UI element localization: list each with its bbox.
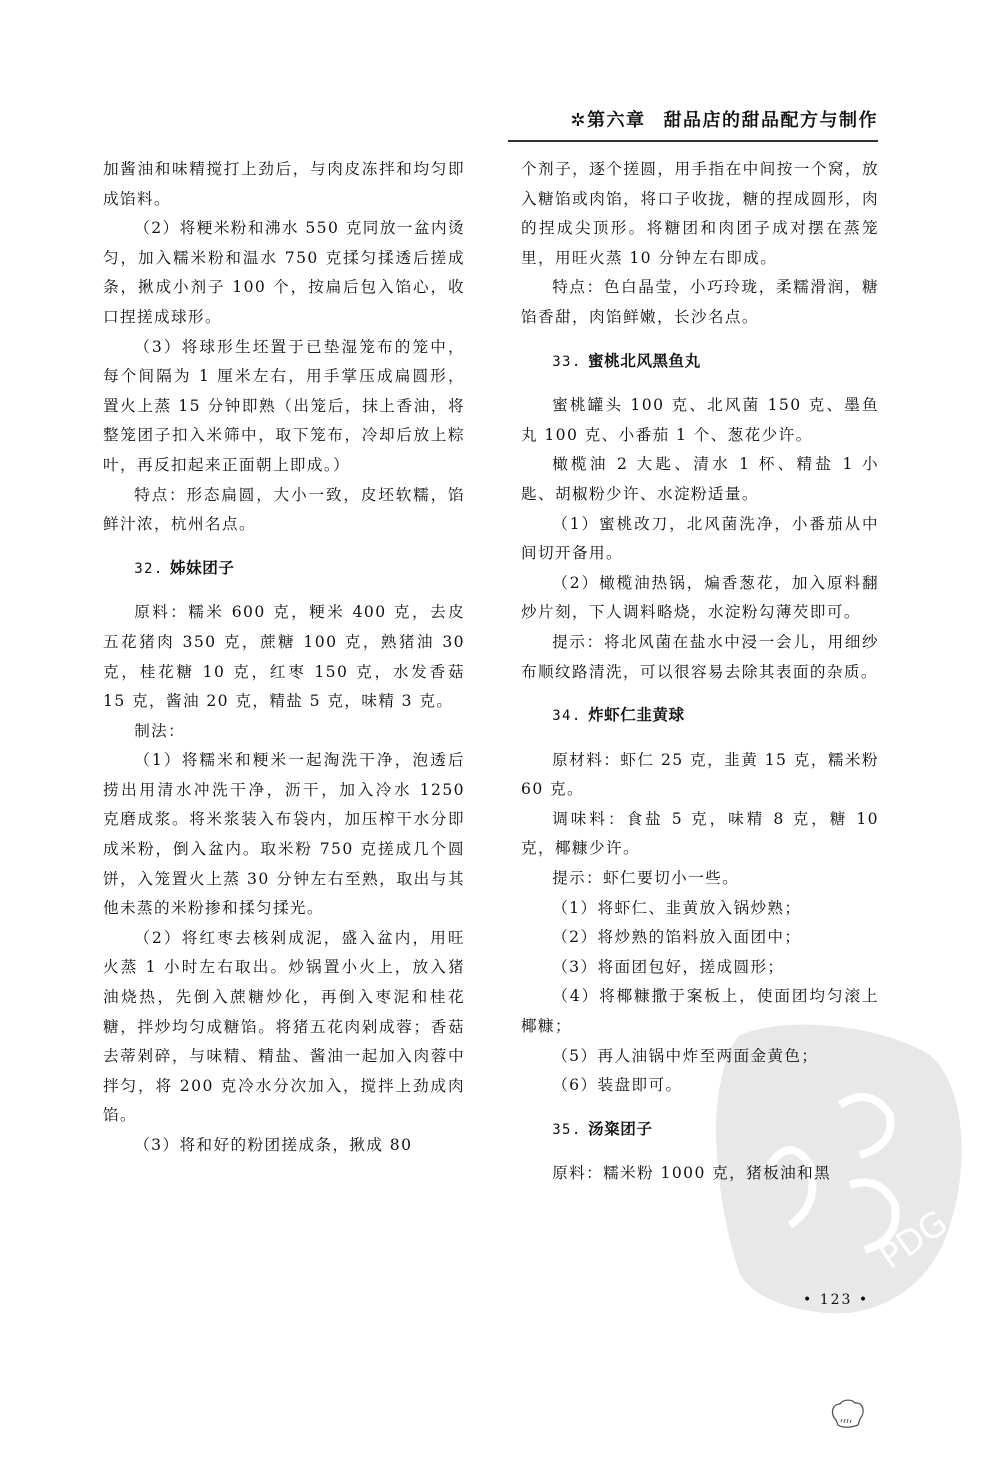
left-column: 加酱油和味精搅打上劲后，与肉皮冻拌和均匀即成馅料。 （2）将粳米粉和沸水 550… — [103, 155, 465, 1161]
ingredients-paragraph: 原材料：虾仁 25 克，韭黄 15 克，糯米粉 60 克。 — [521, 746, 879, 805]
paragraph: 个剂子，逐个搓圆，用手指在中间按一个窝，放入糖馅或肉馅，将口子收拢，糖的捏成圆形… — [521, 155, 879, 273]
paragraph: 加酱油和味精搅打上劲后，与肉皮冻拌和均匀即成馅料。 — [103, 155, 465, 214]
paragraph: （3）将球形生坯置于已垫湿笼布的笼中，每个间隔为 1 厘米左右，用手掌压成扁圆形… — [103, 333, 465, 481]
step-paragraph: （1）蜜桃改刀，北风菌洗净，小番茄从中间切开备用。 — [521, 510, 879, 569]
tip-paragraph: 提示：虾仁要切小一些。 — [521, 864, 879, 894]
recipe-title: 汤粢团子 — [588, 1120, 652, 1138]
recipe-heading-34: 34. 炸虾仁韭黄球 — [521, 701, 879, 732]
page-number: • 123 • — [803, 1292, 869, 1308]
right-column: 个剂子，逐个搓圆，用手指在中间按一个窝，放入糖馅或肉馅，将口子收拢，糖的捏成圆形… — [521, 155, 879, 1189]
step-paragraph: （2）将炒熟的馅料放入面团中； — [521, 923, 879, 953]
step-paragraph: （4）将椰糠撒于案板上，使面团均匀滚上椰糠； — [521, 982, 879, 1041]
step-paragraph: （1）将糯米和粳米一起淘洗干净，泡透后捞出用清水冲洗干净，沥干，加入冷水 125… — [103, 746, 465, 924]
recipe-title: 炸虾仁韭黄球 — [588, 706, 685, 724]
ingredients-paragraph: 蜜桃罐头 100 克、北风菌 150 克、墨鱼丸 100 克、小番茄 1 个、葱… — [521, 391, 879, 450]
step-paragraph: （1）将虾仁、韭黄放入锅炒熟； — [521, 894, 879, 924]
header-divider — [508, 140, 878, 142]
features-paragraph: 特点：色白晶莹，小巧玲珑，柔糯滑润，糖馅香甜，肉馅鲜嫩，长沙名点。 — [521, 273, 879, 332]
recipe-title: 蜜桃北风黑鱼丸 — [588, 352, 701, 370]
chef-hat-icon — [830, 1398, 866, 1430]
running-header: ✲第六章甜品店的甜品配方与制作 — [508, 102, 878, 136]
step-paragraph: （2）橄榄油热锅，煸香葱花，加入原料翻炒片刻，下人调料略烧，水淀粉勾薄芡即可。 — [521, 569, 879, 628]
recipe-heading-33: 33. 蜜桃北风黑鱼丸 — [521, 347, 879, 378]
method-label: 制法： — [103, 717, 465, 747]
ingredients-paragraph: 原料：糯米 600 克，粳米 400 克，去皮五花猪肉 350 克，蔗糖 100… — [103, 598, 465, 716]
seasoning-paragraph: 橄榄油 2 大匙、清水 1 杯、精盐 1 小匙、胡椒粉少许、水淀粉适量。 — [521, 450, 879, 509]
chapter-number: 第六章 — [587, 110, 646, 131]
recipe-heading-32: 32. 姊妹团子 — [103, 554, 465, 585]
chapter-title: 甜品店的甜品配方与制作 — [664, 110, 879, 131]
step-paragraph: （3）将和好的粉团搓成条，揪成 80 — [103, 1131, 465, 1161]
features-paragraph: 特点：形态扁圆，大小一致，皮坯软糯，馅鲜汁浓，杭州名点。 — [103, 481, 465, 540]
ingredients-paragraph: 原料：糯米粉 1000 克，猪板油和黑 — [521, 1159, 879, 1189]
svg-text:PDG: PDG — [872, 1203, 955, 1278]
step-paragraph: （5）再人油锅中炸至两面金黄色； — [521, 1042, 879, 1072]
seasoning-paragraph: 调味料：食盐 5 克，味精 8 克，糖 10 克，椰糠少许。 — [521, 805, 879, 864]
recipe-title: 姊妹团子 — [170, 559, 234, 577]
step-paragraph: （6）装盘即可。 — [521, 1071, 879, 1101]
recipe-heading-35: 35. 汤粢团子 — [521, 1115, 879, 1146]
tip-paragraph: 提示：将北风菌在盐水中浸一会儿，用细纱布顺纹路清洗，可以很容易去除其表面的杂质。 — [521, 628, 879, 687]
step-paragraph: （3）将面团包好，搓成圆形； — [521, 953, 879, 983]
paragraph: （2）将粳米粉和沸水 550 克同放一盆内烫匀，加入糯米粉和温水 750 克揉匀… — [103, 214, 465, 332]
chapter-heading: ✲第六章甜品店的甜品配方与制作 — [570, 106, 878, 132]
flower-ornament-icon: ✲ — [570, 110, 587, 131]
step-paragraph: （2）将红枣去核剁成泥，盛入盆内，用旺火蒸 1 小时左右取出。炒锅置小火上，放入… — [103, 924, 465, 1131]
